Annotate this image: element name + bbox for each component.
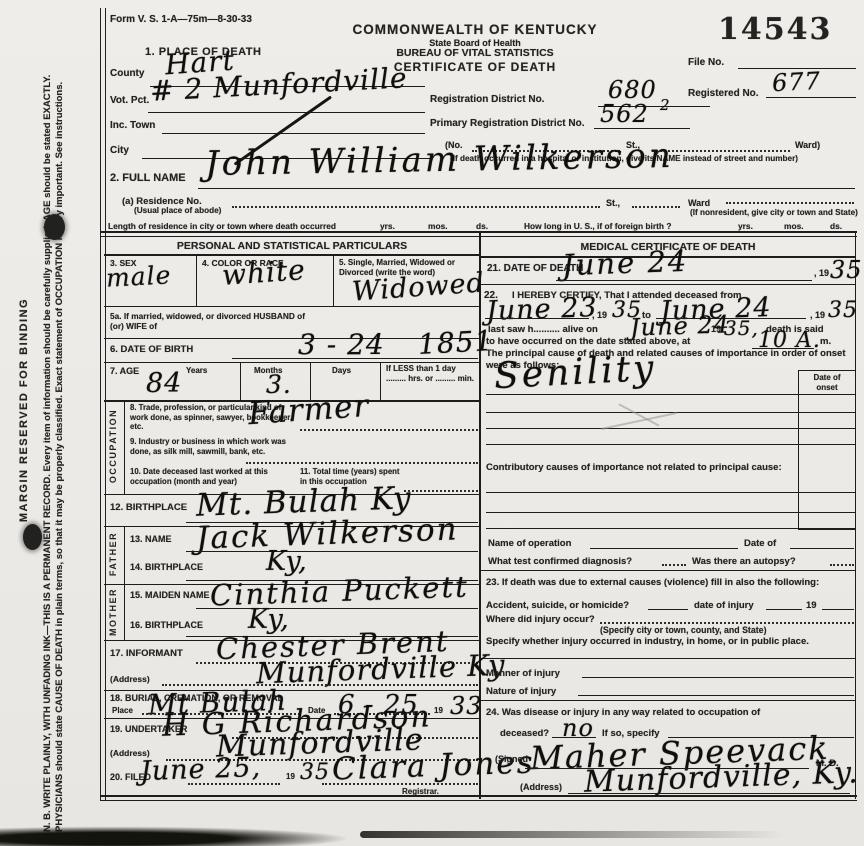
rule bbox=[100, 800, 857, 801]
cause-line bbox=[486, 428, 856, 429]
address-blank bbox=[568, 793, 850, 794]
test-blank bbox=[662, 564, 686, 566]
informant-label: 17. INFORMANT bbox=[110, 648, 183, 660]
injury-year-blank bbox=[822, 609, 854, 610]
cell-divider bbox=[333, 254, 334, 306]
rule bbox=[481, 570, 855, 571]
rule bbox=[481, 658, 855, 659]
city-label: City bbox=[110, 145, 129, 157]
contributory-label: Contributory causes of importance not re… bbox=[486, 462, 816, 474]
injury-year-prefix: 19 bbox=[806, 600, 817, 612]
last-saw-label: last saw h.......... alive on bbox=[488, 324, 598, 336]
mother-maiden-blank bbox=[196, 608, 478, 609]
filed-date-blank bbox=[188, 783, 280, 785]
from-year-prefix: , 19 bbox=[592, 310, 607, 321]
abode-note: (Usual place of abode) bbox=[134, 206, 221, 216]
color-race-value: white bbox=[221, 253, 307, 292]
father-name-label: 13. NAME bbox=[130, 534, 172, 545]
margin-instructions-text: N. B. WRITE PLAINLY, WITH UNFADING INK—T… bbox=[42, 36, 67, 832]
mos-label: mos. bbox=[784, 221, 804, 231]
registered-no-value: 677 bbox=[771, 67, 821, 98]
rule bbox=[481, 700, 855, 701]
ds-label: ds. bbox=[830, 221, 842, 231]
to-year-value: 35 bbox=[828, 298, 858, 323]
nature-of-injury-label: Nature of injury bbox=[486, 686, 556, 698]
group-divider bbox=[124, 584, 125, 640]
external-causes-label: 23. If death was due to external causes … bbox=[486, 577, 854, 589]
contributory-line bbox=[486, 492, 856, 493]
father-side-label: FATHER bbox=[108, 524, 118, 584]
contributory-line bbox=[486, 512, 856, 513]
total-time-blank bbox=[404, 490, 478, 492]
burial-year-value: 33 bbox=[450, 692, 483, 720]
cause-of-death-value: Senility bbox=[493, 348, 657, 397]
county-label: County bbox=[110, 68, 144, 80]
primary-district-value: 562 bbox=[600, 100, 649, 128]
yrs-label: yrs. bbox=[738, 221, 753, 231]
binding-margin-text: MARGIN RESERVED FOR BINDING bbox=[18, 180, 31, 640]
cause-line bbox=[486, 444, 856, 445]
registrar-signature: Clara Jones bbox=[331, 744, 535, 787]
form-left-double-border bbox=[100, 8, 106, 800]
nature-blank bbox=[578, 695, 854, 696]
mother-birthplace-label: 16. BIRTHPLACE bbox=[130, 620, 203, 631]
onset-box-top bbox=[798, 370, 856, 371]
operation-label: Name of operation bbox=[488, 538, 571, 550]
cause-line bbox=[486, 394, 856, 395]
autopsy-label: Was there an autopsy? bbox=[692, 556, 796, 568]
mother-side-label: MOTHER bbox=[108, 582, 118, 642]
personal-section-header: PERSONAL AND STATISTICAL PARTICULARS bbox=[104, 240, 480, 253]
date-of-onset-label: Date of onset bbox=[802, 373, 852, 393]
last-worked-label: 10. Date deceased last worked at this oc… bbox=[130, 467, 290, 486]
full-name-value: John William Wilkerson bbox=[205, 136, 674, 184]
file-no-label: File No. bbox=[688, 57, 724, 69]
primary-district-label: Primary Registration District No. bbox=[430, 118, 584, 130]
age-less-than-day-label: If LESS than 1 day ......... hrs. or ...… bbox=[386, 364, 478, 384]
date-of-death-value: June 24 bbox=[561, 244, 688, 282]
registrar-blank bbox=[322, 783, 478, 785]
death-certificate-scan: MARGIN RESERVED FOR BINDING N. B. WRITE … bbox=[0, 0, 864, 846]
foreign-birth-label: How long in U. S., if of foreign birth ? bbox=[524, 221, 671, 231]
vot-pct-label: Vot. Pct. bbox=[110, 95, 149, 107]
age-years-label: Years bbox=[186, 366, 207, 376]
residence-st-label: St., bbox=[606, 198, 620, 209]
sex-value: male bbox=[105, 260, 172, 292]
trade-value: Farmer bbox=[247, 388, 370, 432]
injury-date-blank bbox=[766, 609, 802, 610]
primary-district-blank bbox=[594, 128, 690, 129]
age-years-value: 84 bbox=[146, 368, 182, 399]
form-number: Form V. S. 1-A—75m—8-30-33 bbox=[110, 14, 252, 26]
operation-date-blank bbox=[790, 548, 854, 549]
date-of-birth-label: 6. DATE OF BIRTH bbox=[110, 344, 193, 356]
filed-year-value: 35 bbox=[300, 760, 330, 785]
specify-injury-label: Specify whether injury occurred in indus… bbox=[486, 636, 854, 648]
date-of-birth-value: 3 - 24 bbox=[298, 328, 385, 361]
where-injury-label: Where did injury occur? bbox=[486, 614, 595, 626]
dod-year-prefix: , 19 bbox=[814, 268, 829, 279]
accident-label: Accident, suicide, or homicide? bbox=[486, 600, 629, 612]
length-residence-label: Length of residence in city or town wher… bbox=[108, 221, 336, 231]
rule bbox=[104, 306, 480, 307]
injury-date-label: date of injury bbox=[694, 600, 754, 612]
title-commonwealth: COMMONWEALTH OF KENTUCKY bbox=[315, 22, 635, 38]
occupation-side-label: OCCUPATION bbox=[108, 400, 118, 492]
where-injury-note: (Specify city or town, county, and State… bbox=[600, 625, 767, 636]
primary-district-superscript: 2 bbox=[660, 96, 671, 114]
punch-hole bbox=[23, 524, 42, 550]
scan-edge-shadow bbox=[360, 831, 860, 838]
birthplace-label: 12. BIRTHPLACE bbox=[110, 502, 187, 514]
title-bureau: BUREAU OF VITAL STATISTICS bbox=[315, 47, 635, 60]
inc-town-label: Inc. Town bbox=[110, 120, 155, 132]
father-name-blank bbox=[186, 551, 478, 552]
mother-maiden-label: 15. MAIDEN NAME bbox=[130, 590, 210, 601]
rule bbox=[100, 795, 857, 797]
vot-pct-blank bbox=[148, 112, 425, 113]
dob-blank bbox=[232, 358, 478, 359]
full-name-blank bbox=[198, 188, 855, 189]
father-birthplace-value: Ky, bbox=[266, 546, 308, 577]
where-injury-blank bbox=[600, 622, 854, 624]
attended-from-value: June 23 bbox=[485, 292, 598, 327]
father-birthplace-label: 14. BIRTHPLACE bbox=[130, 562, 203, 573]
burial-year-prefix: 19 bbox=[434, 706, 443, 716]
yrs-label: yrs. bbox=[380, 221, 395, 231]
from-blank bbox=[485, 318, 589, 319]
burial-place-label: Place bbox=[112, 706, 133, 716]
filed-year-prefix: 19 bbox=[286, 772, 295, 782]
full-name-label: 2. FULL NAME bbox=[110, 172, 186, 185]
operation-date-label: Date of bbox=[744, 538, 776, 550]
signed-label: (Signed bbox=[495, 754, 528, 765]
registrar-label: Registrar. bbox=[402, 787, 439, 797]
date-of-death-blank bbox=[556, 280, 812, 281]
filed-date-value: June 25, bbox=[139, 752, 261, 787]
certificate-stamp-number: 14543 bbox=[718, 12, 832, 49]
nonresident-note: (If nonresident, give city or town and S… bbox=[690, 208, 858, 218]
cell-divider bbox=[380, 362, 381, 400]
inc-town-blank bbox=[162, 133, 425, 134]
test-label: What test confirmed diagnosis? bbox=[488, 556, 632, 568]
cell-divider bbox=[196, 254, 197, 306]
industry-label: 9. Industry or business in which work wa… bbox=[130, 437, 298, 456]
age-label: 7. AGE bbox=[110, 366, 139, 377]
contributory-line bbox=[486, 528, 798, 529]
trade-blank bbox=[300, 429, 478, 431]
registration-district-label: Registration District No. bbox=[430, 94, 544, 106]
husband-wife-label: 5a. If married, widowed, or divorced HUS… bbox=[110, 311, 320, 331]
ward-label: Ward) bbox=[795, 140, 820, 151]
nonresident-blank bbox=[726, 202, 854, 204]
cell-divider bbox=[240, 362, 241, 400]
to-year-prefix: , 19 bbox=[810, 310, 825, 321]
saw-year-prefix: , 19 bbox=[706, 324, 721, 335]
registered-no-blank bbox=[766, 97, 856, 98]
registered-no-label: Registered No. bbox=[688, 88, 759, 100]
age-days-label: Days bbox=[332, 366, 351, 376]
ds-label: ds. bbox=[476, 221, 488, 231]
occupation-related-label: 24. Was disease or injury in any way rel… bbox=[486, 707, 760, 719]
rule bbox=[481, 284, 855, 285]
autopsy-blank bbox=[830, 564, 854, 566]
accident-blank bbox=[648, 609, 688, 610]
operation-blank bbox=[590, 548, 738, 549]
date-of-birth-year: 1851 bbox=[417, 324, 494, 361]
punch-hole bbox=[44, 214, 65, 240]
group-divider bbox=[124, 400, 125, 494]
physician-address-label: (Address) bbox=[520, 782, 562, 793]
industry-blank bbox=[246, 462, 478, 464]
residence-no-blank bbox=[232, 206, 600, 208]
time-m-label: m. bbox=[820, 336, 831, 348]
informant-address-label: (Address) bbox=[110, 674, 150, 684]
residence-st-blank bbox=[632, 206, 680, 208]
manner-blank bbox=[582, 677, 854, 678]
onset-box-bottom bbox=[798, 528, 856, 530]
saw-year-value: 35, bbox=[724, 316, 759, 340]
group-divider bbox=[124, 526, 125, 584]
mos-label: mos. bbox=[428, 221, 448, 231]
father-name-value: Jack Wilkerson bbox=[195, 511, 459, 556]
occurred-label: to have occurred on the date stated abov… bbox=[486, 336, 690, 348]
manner-of-injury-label: Manner of injury bbox=[486, 668, 560, 680]
dod-year-value: 35 bbox=[830, 256, 863, 284]
